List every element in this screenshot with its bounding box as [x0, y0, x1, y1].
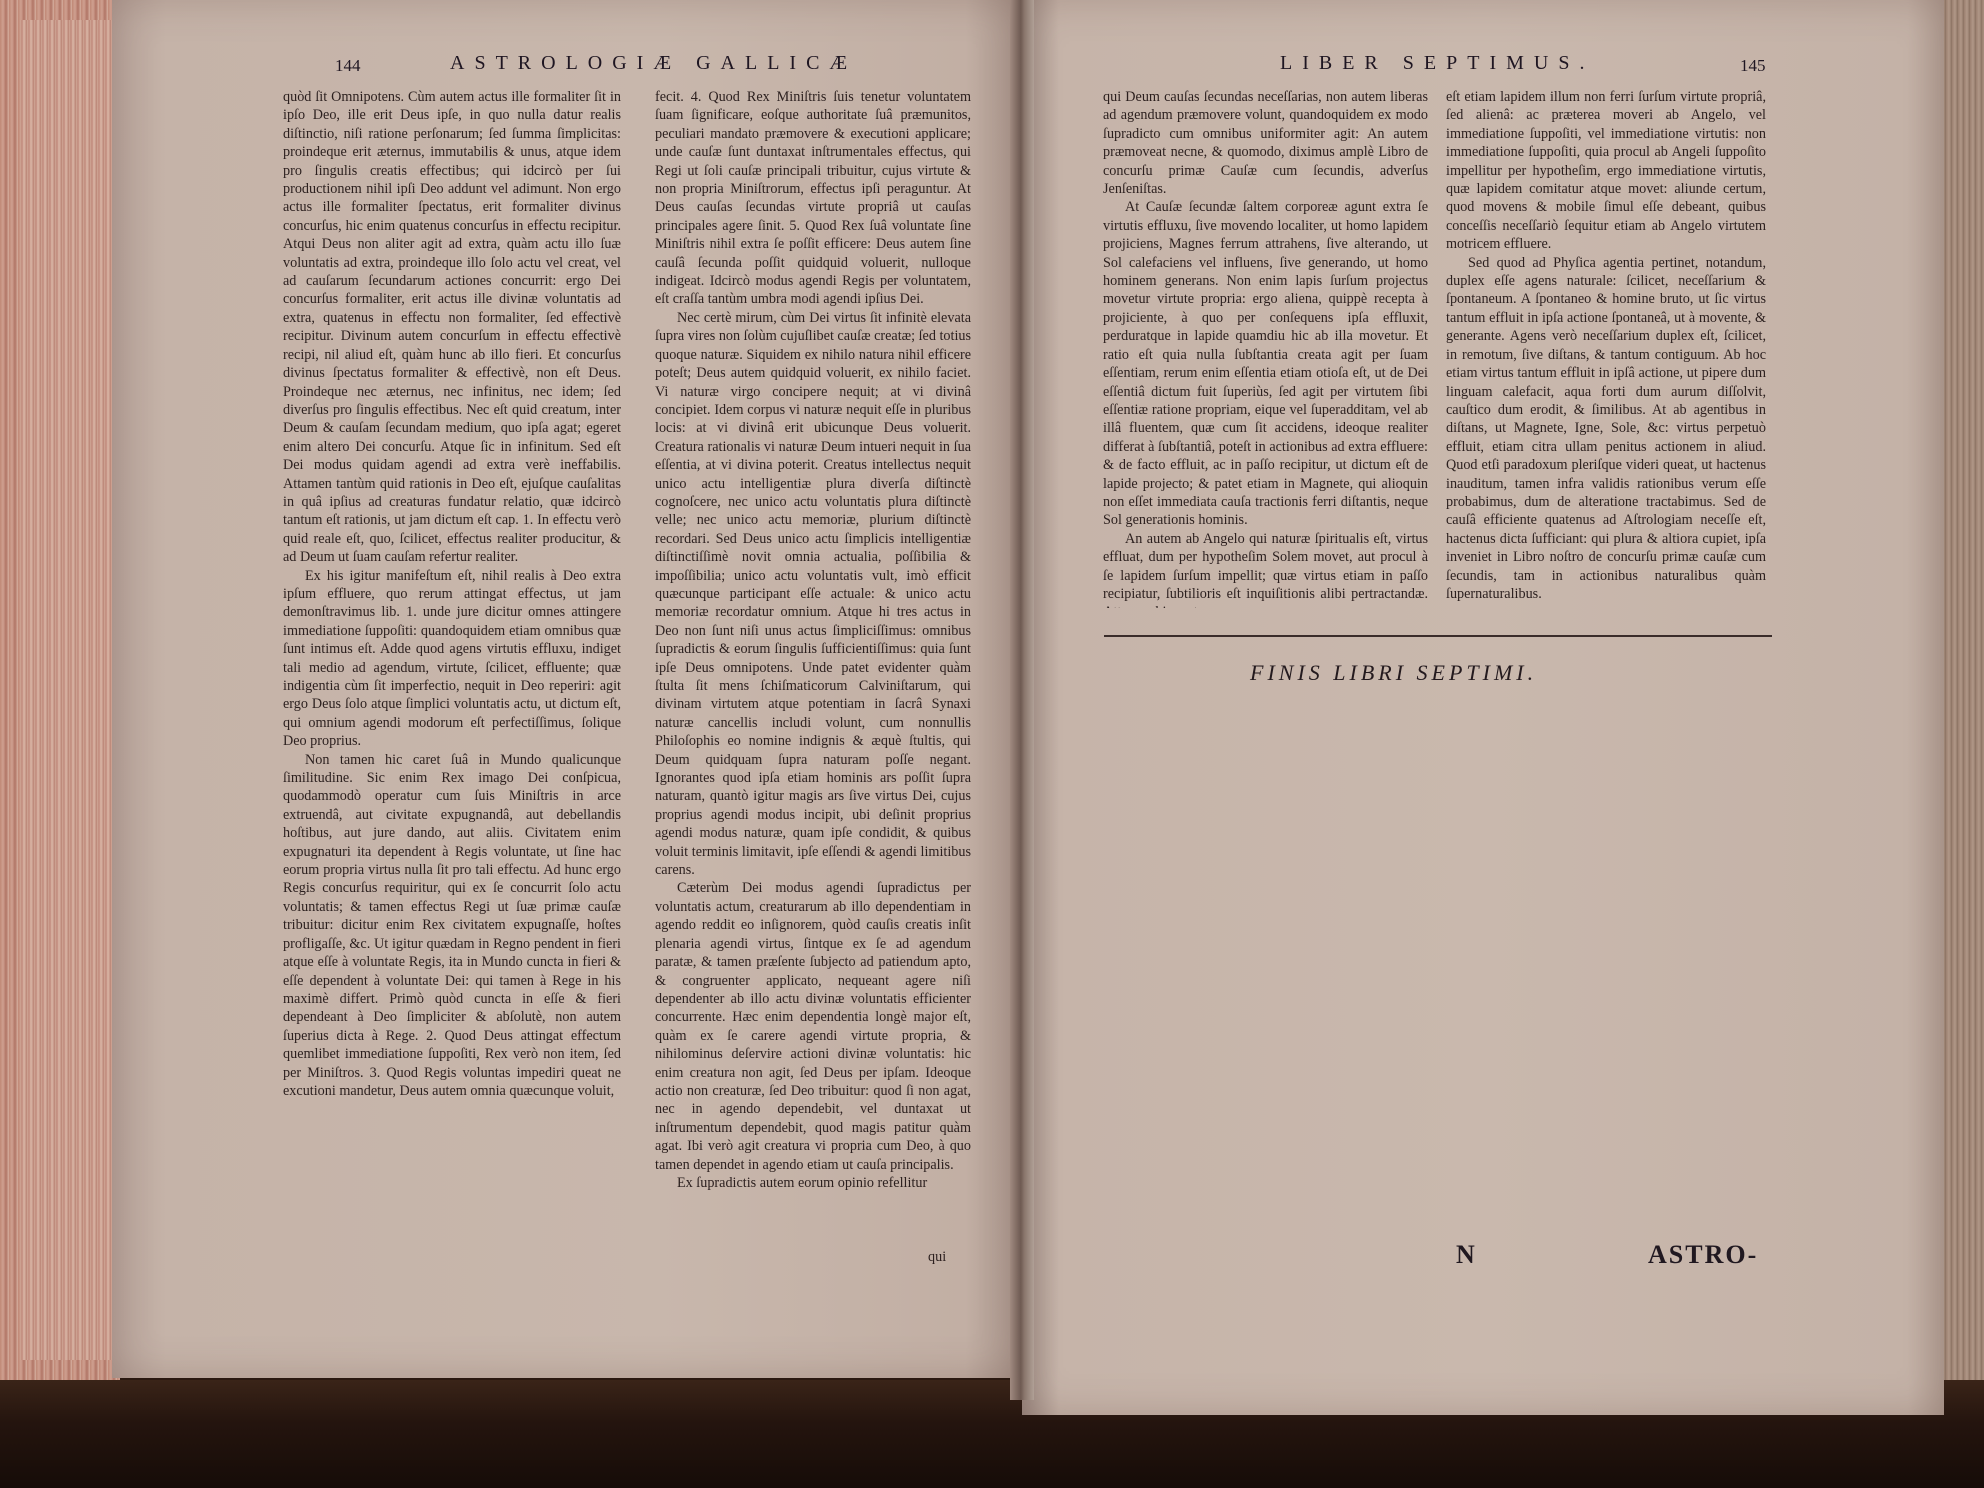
- right-running-head: LIBER SEPTIMUS.: [1280, 52, 1594, 75]
- left-running-head: ASTROLOGIÆ GALLICÆ: [450, 52, 857, 75]
- book-gutter: [1010, 0, 1034, 1400]
- closing-title: FINIS LIBRI SEPTIMI.: [1250, 660, 1537, 686]
- paragraph: qui Deum cauſas ſecundas neceſſarias, no…: [1103, 88, 1428, 198]
- left-page-column-2: fecit. 4. Quod Rex Miniſtris ſuis tenetu…: [655, 88, 971, 1248]
- paragraph: quòd ſit Omnipotens. Cùm autem actus ill…: [283, 88, 621, 567]
- right-catchword: ASTRO-: [1648, 1240, 1758, 1270]
- left-page-number: 144: [335, 56, 361, 76]
- signature-mark: N: [1456, 1240, 1475, 1270]
- page-edges-left: [0, 0, 120, 1400]
- right-page-column-1: qui Deum cauſas ſecundas neceſſarias, no…: [1103, 88, 1428, 608]
- paragraph: Non tamen hic caret ſuâ in Mundo qualicu…: [283, 751, 621, 1101]
- right-page-number: 145: [1740, 56, 1766, 76]
- left-catchword: qui: [928, 1248, 988, 1266]
- paragraph: Sed quod ad Phyſica agentia pertinet, no…: [1446, 254, 1766, 604]
- paragraph: Ex his igitur manifeſtum eſt, nihil real…: [283, 567, 621, 751]
- paragraph: fecit. 4. Quod Rex Miniſtris ſuis tenetu…: [655, 88, 971, 309]
- paragraph: An autem ab Angelo qui naturæ ſpirituali…: [1103, 530, 1428, 608]
- paragraph: eſt etiam lapidem illum non ferri ſurſum…: [1446, 88, 1766, 254]
- section-rule: [1104, 635, 1772, 637]
- left-page-column-1: quòd ſit Omnipotens. Cùm autem actus ill…: [283, 88, 621, 1248]
- paragraph: At Cauſæ ſecundæ ſaltem corporeæ agunt e…: [1103, 198, 1428, 529]
- paragraph: Cæterùm Dei modus agendi ſupradictus per…: [655, 879, 971, 1174]
- paragraph: Ex ſupradictis autem eorum opinio refell…: [655, 1174, 971, 1192]
- right-page-column-2: eſt etiam lapidem illum non ferri ſurſum…: [1446, 88, 1766, 618]
- paragraph: Nec certè mirum, cùm Dei virtus ſit infi…: [655, 309, 971, 880]
